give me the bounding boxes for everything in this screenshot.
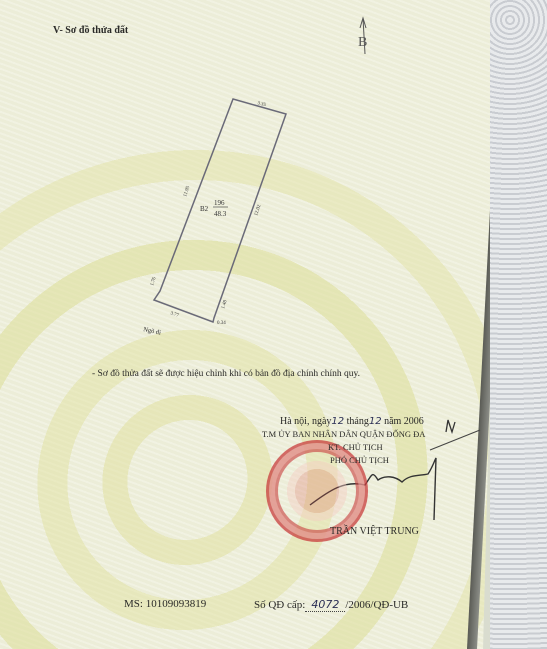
plot-diagram: B 3.35 11.95 12.02 1.76 3.77 1.48 0.34 B… (0, 0, 547, 649)
edge-top-label: 3.35 (256, 101, 266, 108)
north-arrow-label: B (358, 35, 367, 50)
issuer-role-1: KT. CHỦ TỊCH (328, 442, 383, 452)
issue-day: 12 (331, 416, 344, 427)
parcel-area: 48.3 (214, 210, 227, 218)
edge-bottom-label: 3.77 (169, 311, 179, 319)
issue-date: Hà nội, ngày12 tháng12 năm 2006 (280, 416, 424, 427)
decision-number-handwritten: 4072 (305, 598, 345, 612)
ms-code: MS: 10109093819 (124, 598, 206, 610)
parcel-code: B2 (200, 205, 209, 213)
edge-right-label: 12.02 (254, 204, 262, 217)
decision-number: Số QĐ cấp:4072/2006/QĐ-UB (254, 598, 408, 611)
edge-left-label: 11.95 (183, 185, 191, 198)
signer-name: TRẦN VIỆT TRUNG (330, 526, 419, 537)
issuer-role-2: PHÓ CHỦ TỊCH (330, 455, 389, 465)
parcel-number: 196 (214, 199, 225, 207)
edge-left-short-label: 1.76 (150, 276, 158, 286)
signature-tail (430, 430, 480, 450)
issue-month: 12 (369, 416, 382, 427)
issuing-organization: T.M ỦY BAN NHÂN DÂN QUẬN ĐỐNG ĐA (262, 429, 425, 439)
edge-corner-label: 0.34 (217, 321, 226, 326)
edge-right-short-label: 1.48 (221, 299, 229, 309)
road-label: Ngõ đi (143, 326, 162, 337)
diagram-note: - Sơ đồ thửa đất sẽ được hiệu chỉnh khi … (92, 369, 360, 379)
